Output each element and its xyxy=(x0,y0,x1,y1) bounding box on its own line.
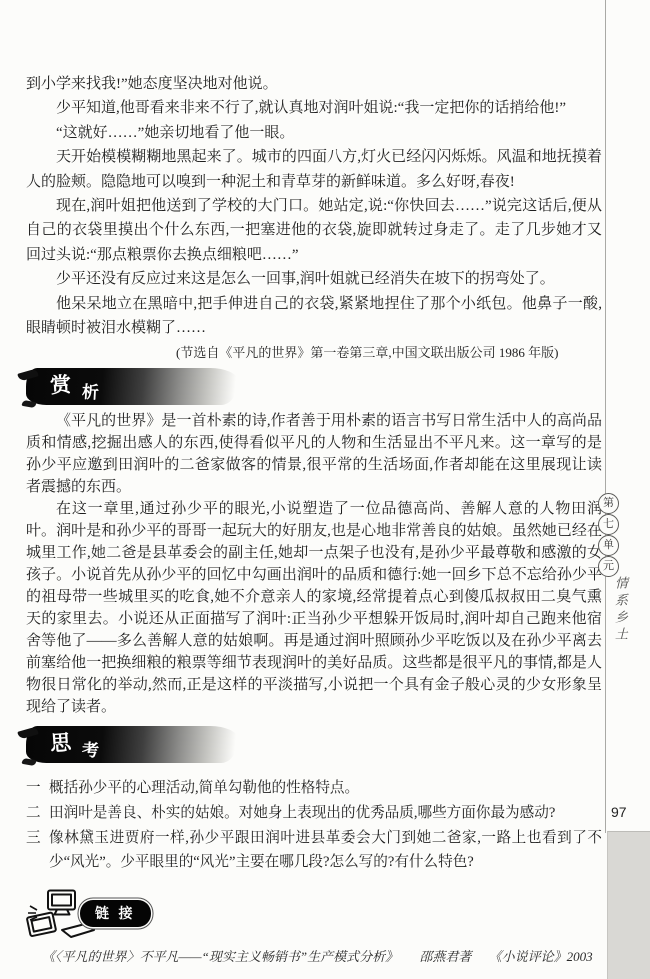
section-title-char: 析 xyxy=(81,378,99,404)
unit-label-char: 单 xyxy=(598,535,619,556)
sidebar-rule xyxy=(605,0,606,833)
question-number: 二 xyxy=(26,801,41,826)
section-title-char: 考 xyxy=(81,736,99,762)
section-header-appreciation: 赏 析 xyxy=(26,368,238,405)
link-badge: 链 接 xyxy=(80,900,151,927)
unit-label-char: 元 xyxy=(598,556,619,577)
appreciation-paragraph: 《平凡的世界》是一首朴素的诗,作者善于用朴素的语言书写日常生活中人的高尚品质和情… xyxy=(26,410,602,498)
excerpt-paragraph: “这就好……”她亲切地看了他一眼。 xyxy=(26,121,602,145)
question-number: 三 xyxy=(26,826,41,851)
page-edge-tab xyxy=(607,831,650,979)
reference-title: 《〈平凡的世界〉不平凡——“现实主义畅销书”生产模式分析》 xyxy=(42,949,398,964)
question-text: 概括孙少平的心理活动,简单勾勒他的性格特点。 xyxy=(49,780,359,796)
question-item: 二 田润叶是善良、朴实的姑娘。对她身上表现出的优秀品质,哪些方面你最为感动? xyxy=(26,801,602,826)
link-section-header: 链 接 xyxy=(26,889,602,943)
question-text: 像林黛玉进贾府一样,孙少平跟田润叶进县革委会大门到她二爸家,一路上也看到了不少“… xyxy=(49,830,602,871)
novel-excerpt: 到小学来找我!”她态度坚决地对他说。 少平知道,他哥看来非来不行了,就认真地对润… xyxy=(26,72,602,364)
appreciation-text: 《平凡的世界》是一首朴素的诗,作者善于用朴素的语言书写日常生活中人的高尚品质和情… xyxy=(26,410,602,718)
appreciation-paragraph: 在这一章里,通过孙少平的眼光,小说塑造了一位品德高尚、善解人意的人物田润叶。润叶… xyxy=(26,498,602,718)
computers-icon xyxy=(26,930,104,947)
excerpt-source: (节选自《平凡的世界》第一卷第三章,中国文联出版公司 1986 年版) xyxy=(26,342,602,364)
section-header-thinking: 思 考 xyxy=(26,726,238,763)
section-title-char: 思 xyxy=(49,727,72,758)
section-title-char: 赏 xyxy=(49,369,72,400)
question-item: 三 像林黛玉进贾府一样,孙少平跟田润叶进县革委会大门到她二爸家,一路上也看到了不… xyxy=(26,826,602,875)
question-text: 田润叶是善良、朴实的姑娘。对她身上表现出的优秀品质,哪些方面你最为感动? xyxy=(49,805,555,821)
textbook-page: 到小学来找我!”她态度坚决地对他说。 少平知道,他哥看来非来不行了,就认真地对润… xyxy=(0,0,650,979)
unit-label-char: 七 xyxy=(598,514,619,535)
unit-series-title: 情系乡土 xyxy=(611,576,630,644)
question-number: 一 xyxy=(26,776,41,801)
thinking-questions: 一 概括孙少平的心理活动,简单勾勒他的性格特点。 二 田润叶是善良、朴实的姑娘。… xyxy=(26,776,602,874)
excerpt-paragraph: 现在,润叶姐把他送到了学校的大门口。她站定,说:“你快回去……”说完这话后,便从… xyxy=(26,194,602,267)
reference-entry: 《〈平凡的世界〉不平凡——“现实主义畅销书”生产模式分析》 邵燕君著 《小说评论… xyxy=(26,947,602,967)
page-content: 到小学来找我!”她态度坚决地对他说。 少平知道,他哥看来非来不行了,就认真地对润… xyxy=(26,0,602,967)
excerpt-paragraph: 少平还没有反应过来这是怎么一回事,润叶姐就已经消失在坡下的拐弯处了。 xyxy=(26,267,602,291)
question-item: 一 概括孙少平的心理活动,简单勾勒他的性格特点。 xyxy=(26,776,602,801)
excerpt-paragraph: 他呆呆地立在黑暗中,把手伸进自己的衣袋,紧紧地捏住了那个小纸包。他鼻子一酸,眼睛… xyxy=(26,292,602,341)
page-number: 97 xyxy=(611,804,627,820)
excerpt-paragraph: 少平知道,他哥看来非来不行了,就认真地对润叶姐说:“我一定把你的话捎给他!” xyxy=(26,96,602,120)
unit-label-char: 第 xyxy=(598,493,619,514)
excerpt-paragraph: 到小学来找我!”她态度坚决地对他说。 xyxy=(26,72,602,96)
reference-journal: 《小说评论》2003 xyxy=(489,949,593,964)
excerpt-paragraph: 天开始模模糊糊地黑起来了。城市的四面八方,灯火已经闪闪烁烁。风温和地抚摸着人的脸… xyxy=(26,145,602,194)
reference-author: 邵燕君著 xyxy=(419,949,471,964)
